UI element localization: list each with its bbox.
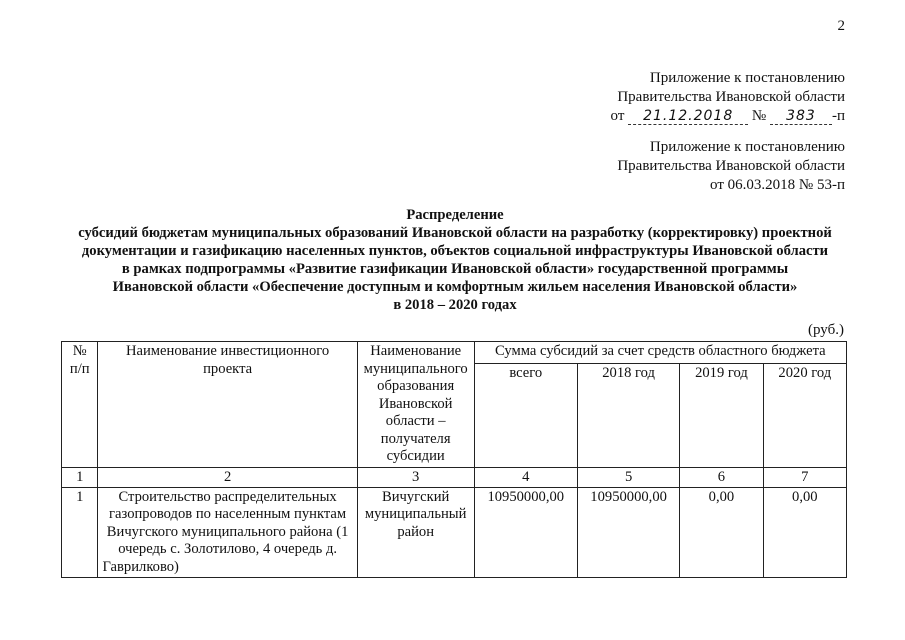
header-row: № п/п Наименование инвестиционного проек… bbox=[62, 342, 847, 364]
annex-current-line3: от 21.12.2018 № 383-п bbox=[611, 107, 845, 126]
header-num: № п/п bbox=[62, 342, 98, 468]
annex-previous-line3: от 06.03.2018 № 53-п bbox=[617, 176, 845, 195]
header-2019: 2019 год bbox=[680, 364, 763, 467]
annex-current-line1: Приложение к постановлению bbox=[611, 69, 845, 88]
row-2018: 10950000,00 bbox=[577, 487, 679, 578]
unit-label: (руб.) bbox=[808, 322, 844, 339]
number-suffix: -п bbox=[832, 108, 845, 124]
row-2020: 0,00 bbox=[763, 487, 846, 578]
header-2020: 2020 год bbox=[763, 364, 846, 467]
title-line: субсидий бюджетам муниципальных образова… bbox=[40, 224, 870, 242]
column-number: 6 bbox=[680, 467, 763, 487]
handwritten-number: 383 bbox=[770, 108, 832, 125]
annex-previous: Приложение к постановлению Правительства… bbox=[617, 138, 845, 195]
column-number: 4 bbox=[474, 467, 577, 487]
column-number: 3 bbox=[357, 467, 474, 487]
header-total: всего bbox=[474, 364, 577, 467]
column-number-row: 1 2 3 4 5 6 7 bbox=[62, 467, 847, 487]
number-sign: № bbox=[752, 108, 766, 124]
row-total: 10950000,00 bbox=[474, 487, 577, 578]
row-2019: 0,00 bbox=[680, 487, 763, 578]
header-municipality: Наименование муниципального образования … bbox=[357, 342, 474, 468]
column-number: 1 bbox=[62, 467, 98, 487]
annex-previous-line1: Приложение к постановлению bbox=[617, 138, 845, 157]
title-line: документации и газификацию населенных пу… bbox=[40, 242, 870, 260]
title-line: в рамках подпрограммы «Развитие газифика… bbox=[40, 260, 870, 278]
column-number: 5 bbox=[577, 467, 679, 487]
title-heading: Распределение bbox=[40, 206, 870, 224]
row-num: 1 bbox=[62, 487, 98, 578]
header-sum-group: Сумма субсидий за счет средств областног… bbox=[474, 342, 846, 364]
column-number: 7 bbox=[763, 467, 846, 487]
title-line: в 2018 – 2020 годах bbox=[40, 296, 870, 314]
annex-date-prefix: от bbox=[611, 108, 625, 124]
header-2018: 2018 год bbox=[577, 364, 679, 467]
handwritten-date: 21.12.2018 bbox=[628, 108, 748, 125]
annex-current-line2: Правительства Ивановской области bbox=[611, 88, 845, 107]
column-number: 2 bbox=[98, 467, 357, 487]
row-municipality: Вичугский муниципальный район bbox=[357, 487, 474, 578]
row-project: Строительство распределительных газопров… bbox=[98, 487, 357, 578]
table-row: 1 Строительство распределительных газопр… bbox=[62, 487, 847, 578]
header-project: Наименование инвестиционного проекта bbox=[98, 342, 357, 468]
title-line: Ивановской области «Обеспечение доступны… bbox=[40, 278, 870, 296]
document-title: Распределение субсидий бюджетам муниципа… bbox=[40, 206, 870, 314]
page-number: 2 bbox=[838, 18, 846, 35]
annex-current: Приложение к постановлению Правительства… bbox=[611, 69, 845, 126]
annex-previous-line2: Правительства Ивановской области bbox=[617, 157, 845, 176]
subsidy-table: № п/п Наименование инвестиционного проек… bbox=[61, 341, 847, 578]
